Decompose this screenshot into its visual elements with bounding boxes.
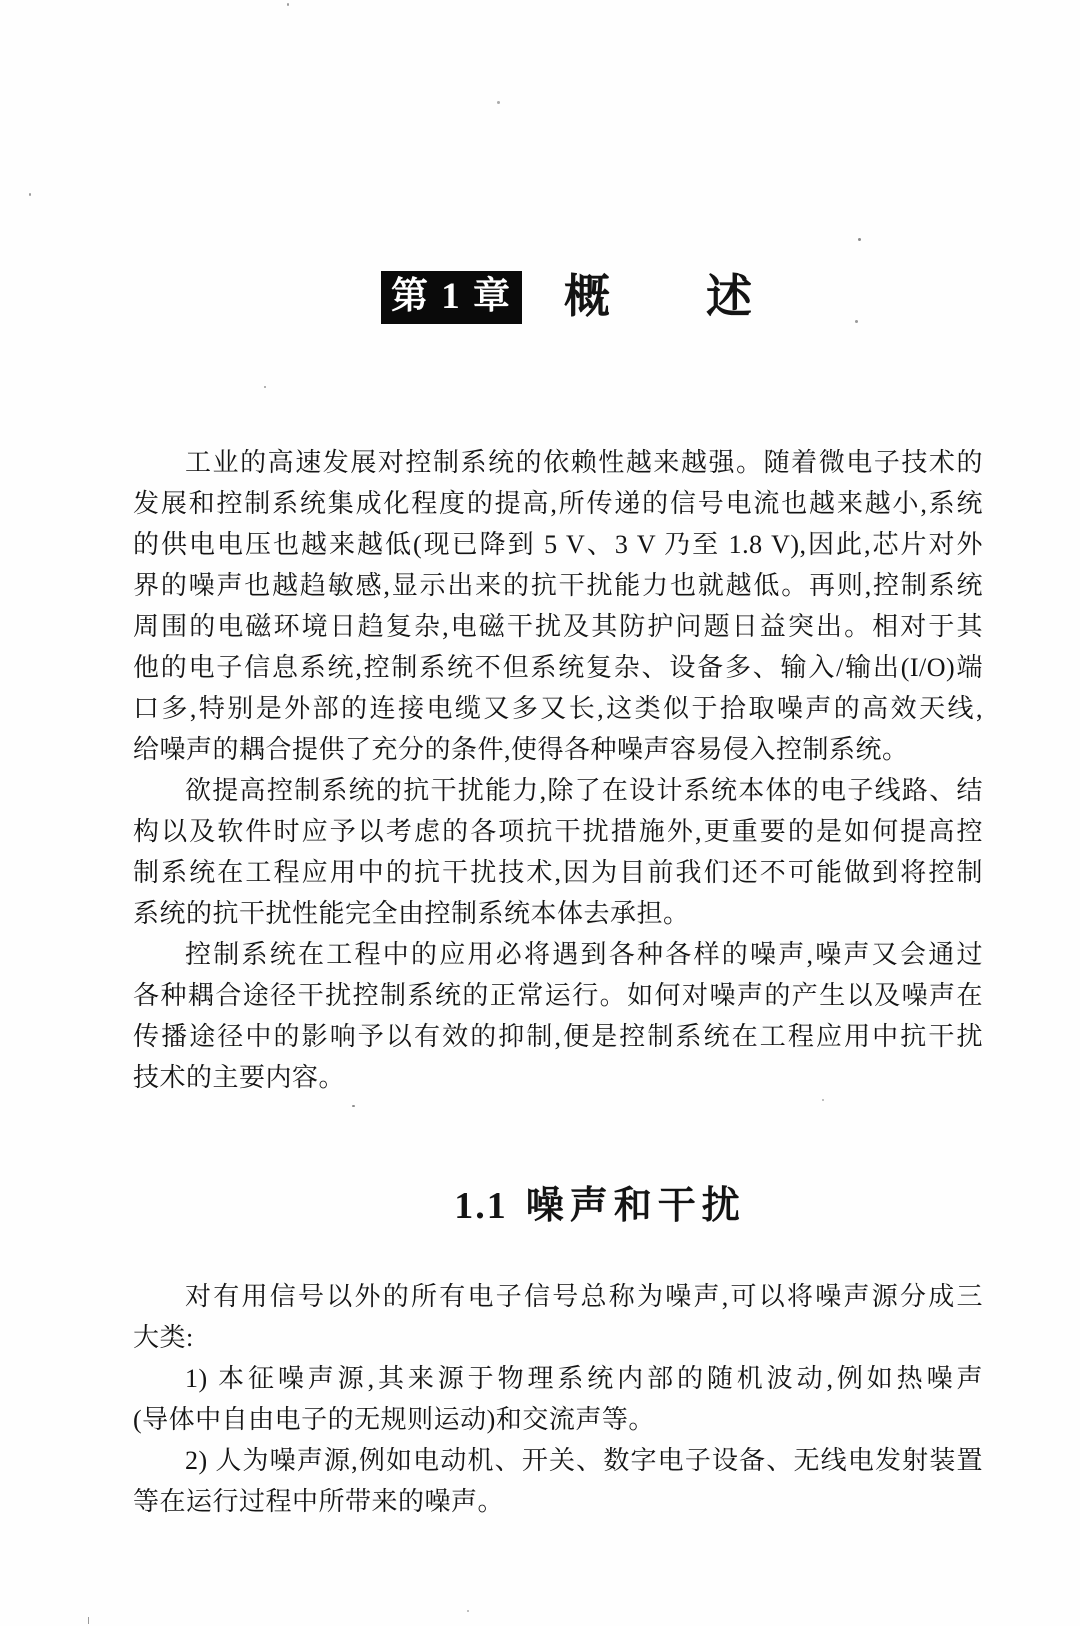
section-title: 噪声和干扰 — [526, 1185, 746, 1227]
text-line: 的供电电压也越来越低(现已降到 5 V、3 V 乃至 1.8 V),因此,芯片对… — [133, 524, 983, 565]
intro-text-block: 工业的高速发展对控制系统的依赖性越来越强。随着微电子技术的 发展和控制系统集成化… — [133, 442, 983, 1098]
text-line: 周围的电磁环境日趋复杂,电磁干扰及其防护问题日益突出。相对于其 — [133, 606, 983, 647]
scan-speck — [287, 3, 289, 6]
paragraph: 2) 人为噪声源,例如电动机、开关、数字电子设备、无线电发射装置 等在运行过程中… — [133, 1440, 983, 1522]
scan-speck — [855, 320, 858, 323]
chapter-header: 第 1 章 概 述 — [381, 270, 983, 324]
text-line: (导体中自由电子的无规则运动)和交流声等。 — [133, 1399, 983, 1440]
scan-speck — [264, 386, 266, 388]
text-line: 给噪声的耦合提供了充分的条件,使得各种噪声容易侵入控制系统。 — [133, 729, 983, 770]
text-line: 口多,特别是外部的连接电缆又多又长,这类似于拾取噪声的高效天线, — [133, 688, 983, 729]
chapter-title-char: 述 — [706, 274, 752, 320]
text-line: 欲提高控制系统的抗干扰能力,除了在设计系统本体的电子线路、结 — [133, 770, 983, 811]
text-line: 工业的高速发展对控制系统的依赖性越来越强。随着微电子技术的 — [133, 442, 983, 483]
text-line: 构以及软件时应予以考虑的各项抗干扰措施外,更重要的是如何提高控 — [133, 811, 983, 852]
paragraph: 1) 本征噪声源,其来源于物理系统内部的随机波动,例如热噪声 (导体中自由电子的… — [133, 1358, 983, 1440]
scan-speck — [822, 1099, 824, 1101]
text-line: 制系统在工程应用中的抗干扰技术,因为目前我们还不可能做到将控制 — [133, 852, 983, 893]
text-line: 界的噪声也越趋敏感,显示出来的抗干扰能力也就越低。再则,控制系统 — [133, 565, 983, 606]
text-line: 系统的抗干扰性能完全由控制系统本体去承担。 — [133, 893, 983, 934]
scan-speck — [29, 193, 31, 196]
text-line: 等在运行过程中所带来的噪声。 — [133, 1481, 983, 1522]
text-line: 对有用信号以外的所有电子信号总称为噪声,可以将噪声源分成三 — [133, 1276, 983, 1317]
scan-speck — [88, 1617, 89, 1624]
chapter-title-char: 概 — [564, 274, 610, 320]
section-text-block: 对有用信号以外的所有电子信号总称为噪声,可以将噪声源分成三 大类: 1) 本征噪… — [133, 1276, 983, 1522]
text-line: 传播途径中的影响予以有效的抑制,便是控制系统在工程应用中抗干扰 — [133, 1016, 983, 1057]
paragraph: 工业的高速发展对控制系统的依赖性越来越强。随着微电子技术的 发展和控制系统集成化… — [133, 442, 983, 770]
text-line: 1) 本征噪声源,其来源于物理系统内部的随机波动,例如热噪声 — [133, 1358, 983, 1399]
paragraph: 控制系统在工程中的应用必将遇到各种各样的噪声,噪声又会通过 各种耦合途径干扰控制… — [133, 934, 983, 1098]
paragraph: 对有用信号以外的所有电子信号总称为噪声,可以将噪声源分成三 大类: — [133, 1276, 983, 1358]
scan-speck — [467, 1610, 469, 1612]
text-line: 发展和控制系统集成化程度的提高,所传递的信号电流也越来越小,系统 — [133, 483, 983, 524]
text-line: 技术的主要内容。 — [133, 1057, 983, 1098]
scan-speck — [352, 1105, 355, 1107]
scan-speck — [497, 101, 500, 104]
section-number: 1.1 — [454, 1185, 508, 1227]
text-line: 他的电子信息系统,控制系统不但系统复杂、设备多、输入/输出(I/O)端 — [133, 647, 983, 688]
section-heading: 1.1噪声和干扰 — [133, 1184, 983, 1230]
text-line: 控制系统在工程中的应用必将遇到各种各样的噪声,噪声又会通过 — [133, 934, 983, 975]
text-line: 大类: — [133, 1317, 983, 1358]
chapter-number-badge: 第 1 章 — [381, 271, 522, 324]
page-content: 第 1 章 概 述 工业的高速发展对控制系统的依赖性越来越强。随着微电子技术的 … — [133, 0, 983, 1522]
scan-speck — [858, 238, 861, 241]
text-line: 各种耦合途径干扰控制系统的正常运行。如何对噪声的产生以及噪声在 — [133, 975, 983, 1016]
paragraph: 欲提高控制系统的抗干扰能力,除了在设计系统本体的电子线路、结 构以及软件时应予以… — [133, 770, 983, 934]
text-line: 2) 人为噪声源,例如电动机、开关、数字电子设备、无线电发射装置 — [133, 1440, 983, 1481]
book-page: 第 1 章 概 述 工业的高速发展对控制系统的依赖性越来越强。随着微电子技术的 … — [0, 0, 1080, 1626]
